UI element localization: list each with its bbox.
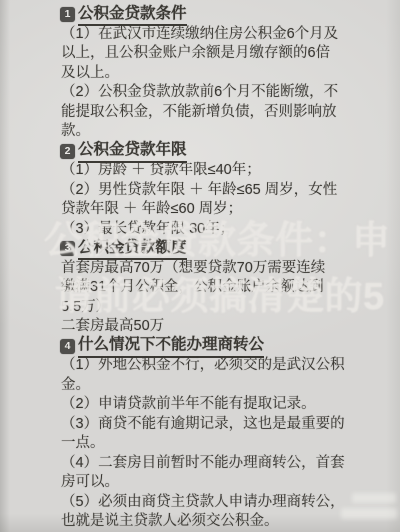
text-line: 也就是说主贷款人必须交公积金。 [0,512,400,532]
section-title: 公积金贷款年限 [78,140,187,163]
text-line: 以上，且公积金账户余额是月缴存额的6倍 [0,44,400,64]
section-loan-amount: 3 公积金贷款额度 首套房最高70万（想要贷款70万需要连续 缴满31个月公积金… [0,239,400,337]
section-number-badge: 2 [60,144,75,159]
text-line: （3）最长贷款年限 30年； [0,220,400,240]
text-line: （3）商贷不能有逾期记录，这也是最重要的 [0,415,400,435]
section-number-badge: 4 [60,339,75,354]
section-number-badge: 1 [60,7,75,22]
section-loan-conditions: 1 公积金贷款条件 （1）在武汉市连续缴纳住房公积金6个月及 以上，且公积金账户… [0,5,400,142]
section-title: 公积金贷款条件 [78,4,187,27]
section-title: 什么情况下不能办理商转公 [78,335,264,358]
document-photo: 1 公积金贷款条件 （1）在武汉市连续缴纳住房公积金6个月及 以上，且公积金账户… [0,0,400,532]
article-text: 1 公积金贷款条件 （1）在武汉市连续缴纳住房公积金6个月及 以上，且公积金账户… [0,0,400,532]
text-line: （4）二套房目前暂时不能办理商转公，首套 [0,454,400,474]
text-line: 房可以。 [0,473,400,493]
text-line: （2）申请贷款前半年不能有提取记录。 [0,395,400,415]
section-heading: 3 公积金贷款额度 [0,239,400,259]
corner-id-watermark [341,508,397,519]
section-number-badge: 3 [60,241,75,256]
corner-id-watermark [352,493,396,503]
text-line: 二套房最高50万 [0,317,400,337]
section-commercial-to-fund: 4 什么情况下不能办理商转公 （1）外地公积金不行，必须交的是武汉公积 金。 （… [0,337,400,532]
text-line: （1）在武汉市连续缴纳住房公积金6个月及 [0,25,400,45]
text-line: 金。 [0,376,400,396]
section-heading: 1 公积金贷款条件 [0,5,400,25]
text-line: 能提取公积金，不能新增负债，否则影响放 [0,103,400,123]
section-title: 公积金贷款额度 [78,238,187,261]
text-line: 贷款年限 ＋ 年龄≤60 周岁； [0,200,400,220]
text-line: 首套房最高70万（想要贷款70万需要连续 [0,259,400,279]
section-loan-term: 2 公积金贷款年限 （1）房龄 ＋ 贷款年限≤40年； （2）男性贷款年限 ＋ … [0,142,400,240]
text-line: 5.5万） [0,298,400,318]
text-line: 缴满31个月公积金，公积金账户余额达到 [0,278,400,298]
text-line: 及以上。 [0,64,400,84]
text-line: （2）男性贷款年限 ＋ 年龄≤65 周岁，女性 [0,181,400,201]
text-line: （2）公积金贷款放款前6个月不能断缴，不 [0,83,400,103]
text-line: 一点。 [0,434,400,454]
text-line: 款。 [0,122,400,142]
section-heading: 4 什么情况下不能办理商转公 [0,337,400,357]
section-heading: 2 公积金贷款年限 [0,142,400,162]
text-line: （1）外地公积金不行，必须交的是武汉公积 [0,356,400,376]
text-line: （1）房龄 ＋ 贷款年限≤40年； [0,161,400,181]
text-line: （5）必须由商贷主贷款人申请办理商转公， [0,493,400,513]
